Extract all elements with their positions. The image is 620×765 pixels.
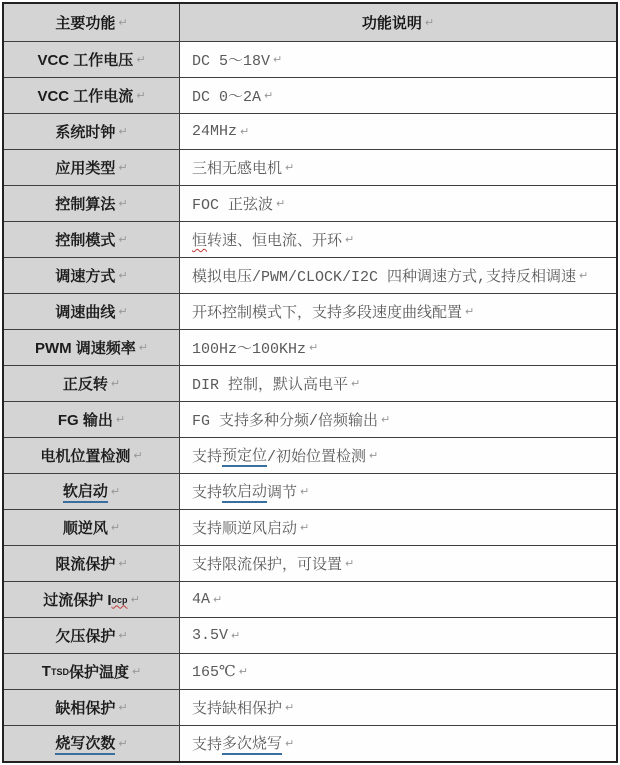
paragraph-mark-icon: ↵ (116, 413, 125, 426)
paragraph-mark-icon: ↵ (231, 629, 240, 642)
feature-cell: 顺逆风↵ (4, 510, 180, 545)
text-segment: VCC 工作电压 (37, 49, 133, 70)
paragraph-mark-icon: ↵ (276, 197, 285, 210)
description-cell: 开环控制模式下，支持多段速度曲线配置↵ (180, 294, 616, 329)
text-segment: 软启动 (222, 480, 267, 503)
description-cell: 3.5V↵ (180, 618, 616, 653)
paragraph-mark-icon: ↵ (239, 665, 248, 678)
description-cell: 三相无感电机↵ (180, 150, 616, 185)
text-segment: 支持顺逆风启动 (192, 517, 297, 538)
paragraph-mark-icon: ↵ (118, 701, 127, 714)
text-segment: 4A (192, 591, 210, 608)
description-cell: DC 5～18V↵ (180, 42, 616, 77)
table-row: 缺相保护↵支持缺相保护↵ (4, 690, 616, 726)
table-row: 顺逆风↵支持顺逆风启动↵ (4, 510, 616, 546)
text-segment: T (42, 663, 51, 680)
feature-cell: 电机位置检测↵ (4, 438, 180, 473)
paragraph-mark-icon: ↵ (118, 233, 127, 246)
paragraph-mark-icon: ↵ (118, 557, 127, 570)
paragraph-mark-icon: ↵ (345, 233, 354, 246)
paragraph-mark-icon: ↵ (309, 341, 318, 354)
text-segment: 165℃ (192, 662, 236, 681)
table-row: FG 输出↵FG 支持多种分频/倍频输出↵ (4, 402, 616, 438)
description-cell: 24MHz↵ (180, 114, 616, 149)
text-segment: 模拟电压/PWM/CLOCK/I2C 四种调速方式,支持反相调速 (192, 265, 576, 286)
feature-cell: 缺相保护↵ (4, 690, 180, 725)
paragraph-mark-icon: ↵ (136, 53, 145, 66)
text-segment: 支持 (192, 445, 222, 466)
paragraph-mark-icon: ↵ (425, 16, 434, 29)
paragraph-mark-icon: ↵ (118, 629, 127, 642)
feature-cell: VCC 工作电流↵ (4, 78, 180, 113)
paragraph-mark-icon: ↵ (118, 161, 127, 174)
paragraph-mark-icon: ↵ (579, 269, 588, 282)
header-cell-description: 功能说明↵ (180, 4, 616, 41)
text-segment: 调节 (267, 481, 297, 502)
text-segment: DIR 控制，默认高电平 (192, 373, 348, 394)
description-cell: 支持缺相保护↵ (180, 690, 616, 725)
paragraph-mark-icon: ↵ (381, 413, 390, 426)
text-segment: FOC 正弦波 (192, 193, 273, 214)
description-cell: 支持顺逆风启动↵ (180, 510, 616, 545)
paragraph-mark-icon: ↵ (213, 593, 222, 606)
header-cell-feature: 主要功能↵ (4, 4, 180, 41)
paragraph-mark-icon: ↵ (285, 701, 294, 714)
description-cell: DIR 控制，默认高电平↵ (180, 366, 616, 401)
text-segment: 软启动 (63, 480, 108, 503)
text-segment: 24MHz (192, 123, 237, 140)
table-row: 限流保护↵支持限流保护，可设置↵ (4, 546, 616, 582)
feature-cell: 烧写次数↵ (4, 726, 180, 761)
text-segment: DC 0～2A (192, 85, 261, 106)
table-row: 调速方式↵模拟电压/PWM/CLOCK/I2C 四种调速方式,支持反相调速↵ (4, 258, 616, 294)
paragraph-mark-icon: ↵ (351, 377, 360, 390)
table-row: TTSD保护温度↵165℃↵ (4, 654, 616, 690)
text-segment: 调速曲线 (55, 301, 115, 322)
description-cell: 恒转速、恒电流、开环↵ (180, 222, 616, 257)
feature-cell: 软启动↵ (4, 474, 180, 509)
paragraph-mark-icon: ↵ (369, 449, 378, 462)
description-cell: 支持软启动调节↵ (180, 474, 616, 509)
document-page: 主要功能↵ 功能说明↵ VCC 工作电压↵DC 5～18V↵VCC 工作电流↵D… (0, 0, 620, 765)
text-segment: 支持 (192, 481, 222, 502)
paragraph-mark-icon: ↵ (139, 341, 148, 354)
text-segment: DC 5～18V (192, 49, 270, 70)
table-row: 欠压保护↵3.5V↵ (4, 618, 616, 654)
text-segment: ocp (112, 595, 128, 605)
feature-cell: TTSD保护温度↵ (4, 654, 180, 689)
description-cell: 模拟电压/PWM/CLOCK/I2C 四种调速方式,支持反相调速↵ (180, 258, 616, 293)
table-row: 调速曲线↵开环控制模式下，支持多段速度曲线配置↵ (4, 294, 616, 330)
text-segment: 控制算法 (55, 193, 115, 214)
feature-cell: 过流保护 Iocp↵ (4, 582, 180, 617)
text-segment: 缺相保护 (55, 697, 115, 718)
paragraph-mark-icon: ↵ (285, 161, 294, 174)
paragraph-mark-icon: ↵ (136, 89, 145, 102)
feature-cell: FG 输出↵ (4, 402, 180, 437)
description-cell: FOC 正弦波↵ (180, 186, 616, 221)
paragraph-mark-icon: ↵ (264, 89, 273, 102)
text-segment: 支持缺相保护 (192, 697, 282, 718)
text-segment: 多次烧写 (222, 732, 282, 755)
paragraph-mark-icon: ↵ (133, 449, 142, 462)
feature-cell: 限流保护↵ (4, 546, 180, 581)
text-segment: 欠压保护 (55, 625, 115, 646)
spec-table: 主要功能↵ 功能说明↵ VCC 工作电压↵DC 5～18V↵VCC 工作电流↵D… (2, 2, 618, 763)
text-segment: 恒 (192, 229, 207, 250)
header-feature-label: 主要功能 (55, 12, 115, 33)
text-segment: /初始位置检测 (267, 445, 366, 466)
description-cell: 支持限流保护，可设置↵ (180, 546, 616, 581)
paragraph-mark-icon: ↵ (240, 125, 249, 138)
description-cell: DC 0～2A↵ (180, 78, 616, 113)
text-segment: 烧写次数 (55, 732, 115, 755)
paragraph-mark-icon: ↵ (300, 485, 309, 498)
feature-cell: 调速曲线↵ (4, 294, 180, 329)
paragraph-mark-icon: ↵ (345, 557, 354, 570)
description-cell: 100Hz～100KHz↵ (180, 330, 616, 365)
table-row: 应用类型↵三相无感电机↵ (4, 150, 616, 186)
text-segment: 过流保护 I (43, 589, 111, 610)
paragraph-mark-icon: ↵ (131, 593, 140, 606)
table-row: 系统时钟↵24MHz↵ (4, 114, 616, 150)
feature-cell: 控制模式↵ (4, 222, 180, 257)
feature-cell: 系统时钟↵ (4, 114, 180, 149)
text-segment: 顺逆风 (63, 517, 108, 538)
paragraph-mark-icon: ↵ (118, 197, 127, 210)
table-row: 过流保护 Iocp↵4A↵ (4, 582, 616, 618)
text-segment: 保护温度 (69, 661, 129, 682)
header-description-label: 功能说明 (362, 12, 422, 33)
text-segment: 控制模式 (55, 229, 115, 250)
text-segment: 100Hz～100KHz (192, 337, 306, 358)
feature-cell: 正反转↵ (4, 366, 180, 401)
text-segment: 调速方式 (55, 265, 115, 286)
description-cell: 支持预定位/初始位置检测↵ (180, 438, 616, 473)
paragraph-mark-icon: ↵ (118, 269, 127, 282)
feature-cell: 欠压保护↵ (4, 618, 180, 653)
paragraph-mark-icon: ↵ (118, 16, 127, 29)
paragraph-mark-icon: ↵ (118, 305, 127, 318)
feature-cell: 控制算法↵ (4, 186, 180, 221)
text-segment: 开环控制模式下，支持多段速度曲线配置 (192, 301, 462, 322)
paragraph-mark-icon: ↵ (118, 125, 127, 138)
table-row: 控制算法↵FOC 正弦波↵ (4, 186, 616, 222)
text-segment: 正反转 (63, 373, 108, 394)
paragraph-mark-icon: ↵ (111, 485, 120, 498)
text-segment: 系统时钟 (55, 121, 115, 142)
paragraph-mark-icon: ↵ (465, 305, 474, 318)
feature-cell: 应用类型↵ (4, 150, 180, 185)
paragraph-mark-icon: ↵ (111, 377, 120, 390)
description-cell: 4A↵ (180, 582, 616, 617)
table-row: 烧写次数↵支持多次烧写↵ (4, 726, 616, 761)
paragraph-mark-icon: ↵ (300, 521, 309, 534)
table-row: VCC 工作电压↵DC 5～18V↵ (4, 42, 616, 78)
feature-cell: 调速方式↵ (4, 258, 180, 293)
text-segment: 转速、恒电流、开环 (207, 229, 342, 250)
text-segment: FG 输出 (58, 409, 113, 430)
text-segment: PWM 调速频率 (35, 337, 136, 358)
text-segment: 支持限流保护，可设置 (192, 553, 342, 574)
text-segment: 3.5V (192, 627, 228, 644)
table-row: 软启动↵支持软启动调节↵ (4, 474, 616, 510)
paragraph-mark-icon: ↵ (273, 53, 282, 66)
text-segment: 电机位置检测 (40, 445, 130, 466)
paragraph-mark-icon: ↵ (111, 521, 120, 534)
text-segment: 预定位 (222, 444, 267, 467)
table-row: 控制模式↵恒转速、恒电流、开环↵ (4, 222, 616, 258)
paragraph-mark-icon: ↵ (285, 737, 294, 750)
table-row: PWM 调速频率↵100Hz～100KHz↵ (4, 330, 616, 366)
feature-cell: VCC 工作电压↵ (4, 42, 180, 77)
text-segment: 应用类型 (55, 157, 115, 178)
text-segment: 三相无感电机 (192, 157, 282, 178)
paragraph-mark-icon: ↵ (118, 737, 127, 750)
text-segment: FG 支持多种分频/倍频输出 (192, 409, 378, 430)
text-segment: 支持 (192, 733, 222, 754)
table-row: VCC 工作电流↵DC 0～2A↵ (4, 78, 616, 114)
text-segment: VCC 工作电流 (37, 85, 133, 106)
description-cell: FG 支持多种分频/倍频输出↵ (180, 402, 616, 437)
text-segment: TSD (51, 667, 69, 677)
description-cell: 165℃↵ (180, 654, 616, 689)
table-header-row: 主要功能↵ 功能说明↵ (4, 4, 616, 42)
description-cell: 支持多次烧写↵ (180, 726, 616, 761)
feature-cell: PWM 调速频率↵ (4, 330, 180, 365)
text-segment: 限流保护 (55, 553, 115, 574)
paragraph-mark-icon: ↵ (132, 665, 141, 678)
table-row: 电机位置检测↵支持预定位/初始位置检测↵ (4, 438, 616, 474)
table-row: 正反转↵DIR 控制，默认高电平↵ (4, 366, 616, 402)
